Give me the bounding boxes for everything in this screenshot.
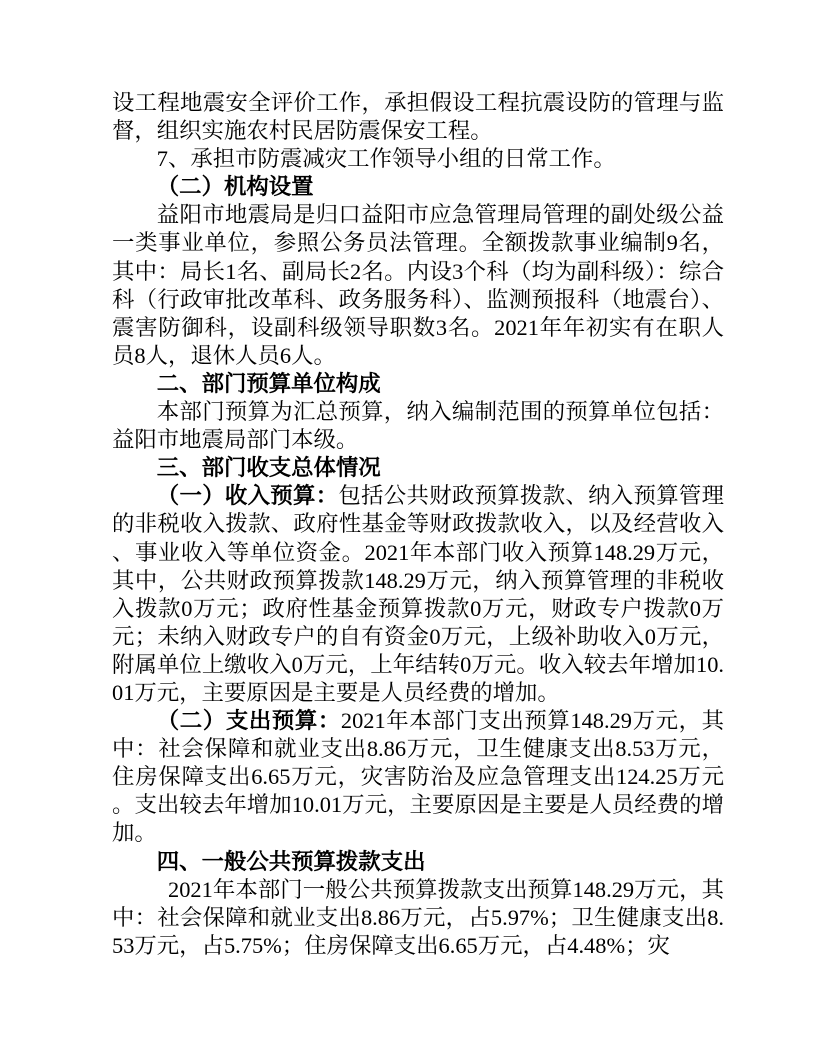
document-page: 设工程地震安全评价工作，承担假设工程抗震设防的管理与监督，组织实施农村民居防震保…	[0, 0, 815, 1055]
income-budget-text: 包括公共财政预算拨款、纳入预算管理的非税收入拨款、政府性基金等财政拨款收入，以及…	[112, 483, 724, 705]
heading-org-setup: （二）机构设置	[112, 173, 724, 201]
paragraph-duty-item-7: 7、承担市防震减灾工作领导小组的日常工作。	[112, 145, 724, 173]
heading-budget-overview: 三、部门收支总体情况	[112, 454, 724, 482]
paragraph-continued-duties: 设工程地震安全评价工作，承担假设工程抗震设防的管理与监督，组织实施农村民居防震保…	[112, 89, 724, 145]
heading-public-budget-expense: 四、一般公共预算拨款支出	[112, 848, 724, 876]
paragraph-income-budget: （一）收入预算：包括公共财政预算拨款、纳入预算管理的非税收入拨款、政府性基金等财…	[112, 482, 724, 707]
expense-budget-label: （二）支出预算：	[157, 708, 341, 733]
paragraph-public-budget-expense: 2021年本部门一般公共预算拨款支出预算148.29万元，其中：社会保障和就业支…	[112, 876, 724, 960]
paragraph-unit-composition: 本部门预算为汇总预算，纳入编制范围的预算单位包括：益阳市地震局部门本级。	[112, 398, 724, 454]
heading-unit-composition: 二、部门预算单位构成	[112, 370, 724, 398]
paragraph-org-setup: 益阳市地震局是归口益阳市应急管理局管理的副处级公益一类事业单位，参照公务员法管理…	[112, 201, 724, 370]
income-budget-label: （一）收入预算：	[157, 483, 339, 508]
paragraph-expense-budget: （二）支出预算：2021年本部门支出预算148.29万元，其中：社会保障和就业支…	[112, 707, 724, 847]
document-content: 设工程地震安全评价工作，承担假设工程抗震设防的管理与监督，组织实施农村民居防震保…	[112, 89, 724, 960]
